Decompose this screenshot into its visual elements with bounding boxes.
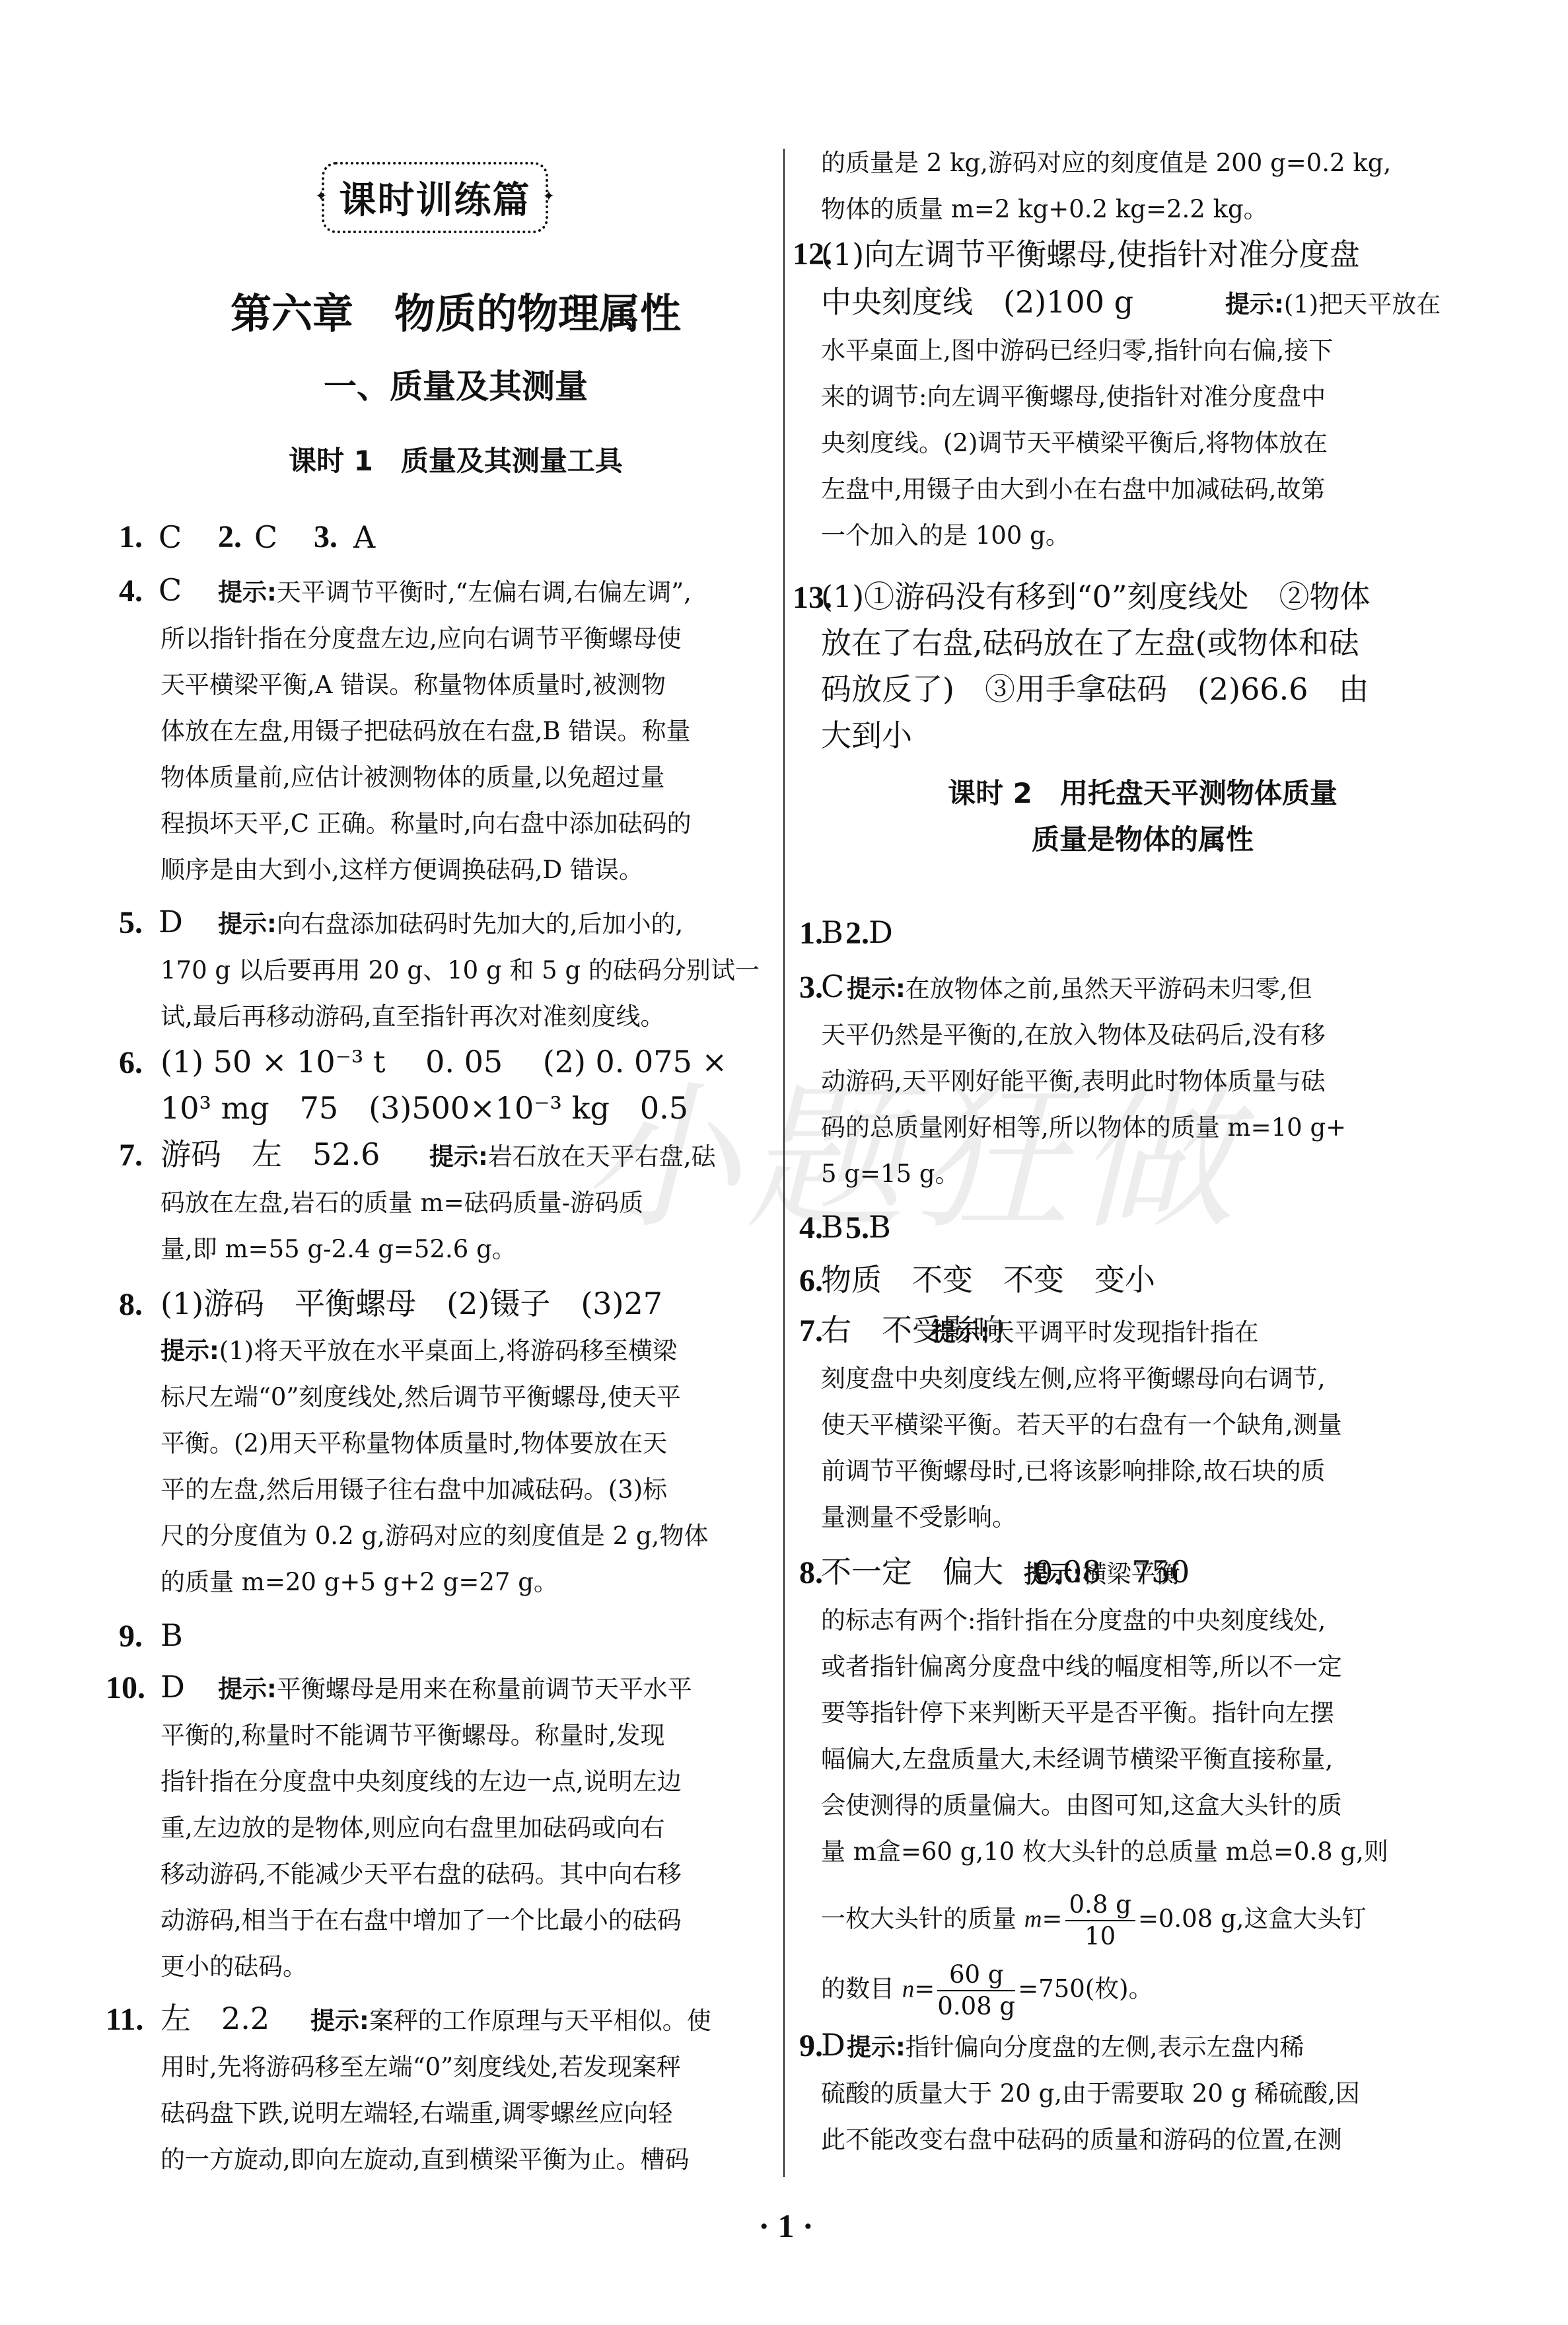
hint-text: 刻度盘中央刻度线左侧,应将平衡螺母向右调节,	[821, 1362, 1326, 1395]
answer: C	[821, 970, 844, 1003]
hint-text: 平的左盘,然后用镊子往右盘中加减砝码。(3)标	[160, 1473, 667, 1506]
hint-text: 码放在左盘,岩石的质量 m=砝码质量-游码质	[160, 1187, 643, 1220]
question-number: 5.	[845, 1212, 869, 1245]
hint-text: 提示:案秤的工作原理与天平相似。使	[310, 2005, 711, 2038]
answer: C	[254, 521, 277, 554]
answer: B	[821, 1210, 843, 1243]
question-number: 6.	[119, 1047, 143, 1080]
hint-text: 170 g 以后要再用 20 g、10 g 和 5 g 的砝码分别试一	[160, 954, 760, 987]
hint-text: 标尺左端“0”刻度线处,然后调节平衡螺母,使天平	[160, 1381, 681, 1414]
hint-text: 物体质量前,应估计被测物体的质量,以免超过量	[160, 761, 665, 794]
hint-text: 使天平横梁平衡。若天平的右盘有一个缺角,测量	[821, 1409, 1342, 1442]
question-number: 3.	[314, 521, 338, 554]
answer: D	[869, 916, 893, 949]
lesson-title-2: 课时 2 用托盘天平测物体质量	[786, 772, 1499, 811]
hint-text: 提示:(1)把天平放在	[1225, 288, 1441, 321]
continuation-text: 的质量是 2 kg,游码对应的刻度值是 200 g=0.2 kg,	[821, 147, 1391, 180]
question-number: 3.	[799, 971, 823, 1004]
question-number: 11.	[106, 2003, 143, 2036]
question-number: 2.	[218, 521, 242, 554]
hint-text: 提示:岩石放在天平右盘,砝	[429, 1140, 716, 1173]
hint-text: 央刻度线。(2)调节天平横梁平衡后,将物体放在	[821, 427, 1328, 460]
hint-text: 程损坏天平,C 正确。称量时,向右盘中添加砝码的	[160, 807, 692, 840]
question-number: 8.	[119, 1288, 143, 1321]
answer: B	[821, 916, 843, 949]
hint-text: 或者指针偏离分度盘中线的幅度相等,所以不一定	[821, 1650, 1342, 1683]
answer: D	[160, 1670, 185, 1703]
hint-text: 平衡。(2)用天平称量物体质量时,物体要放在天	[160, 1427, 667, 1460]
hint-text: 量测量不受影响。	[821, 1501, 1016, 1534]
question-number: 4.	[799, 1212, 823, 1245]
hint-text: 5 g=15 g。	[821, 1158, 960, 1191]
hint-text: 提示:向右盘添加砝码时先加大的,后加小的,	[218, 908, 683, 941]
page-number: · 1 ·	[746, 2207, 826, 2245]
answer: B	[869, 1210, 891, 1243]
hint-text: 砝码盘下跌,说明左端轻,右端重,调零螺丝应向轻	[160, 2097, 672, 2130]
answer: 左 2.2	[160, 2002, 269, 2035]
question-number: 9.	[799, 2030, 823, 2063]
hint-text: 提示:横梁平衡	[1024, 1558, 1180, 1591]
answer: C	[159, 521, 182, 554]
hint-text: 左盘中,用镊子由大到小在右盘中加减砝码,故第	[821, 473, 1326, 506]
answer: 大到小	[821, 719, 912, 752]
section-badge: ✦ ✦ 课时训练篇	[322, 162, 548, 233]
question-number: 7.	[799, 1315, 823, 1348]
answer: 中央刻度线 (2)100 g	[821, 285, 1133, 318]
hint-text: 提示:天平调节平衡时,“左偏右调,右偏左调”,	[218, 576, 692, 609]
question-number: 8.	[799, 1557, 823, 1590]
question-number: 10.	[106, 1672, 145, 1705]
hint-text: 幅偏大,左盘质量大,未经调节横梁平衡直接称量,	[821, 1743, 1333, 1776]
star-icon: ✦	[543, 190, 555, 204]
hint-text: 水平桌面上,图中游码已经归零,指针向右偏,接下	[821, 334, 1333, 367]
answer: (1)向左调节平衡螺母,使指针对准分度盘	[821, 238, 1360, 271]
answer: 码放反了) ③用手拿砝码 (2)66.6 由	[821, 673, 1369, 706]
answer: C	[159, 573, 182, 607]
hint-text: 顺序是由大到小,这样方便调换砝码,D 错误。	[160, 854, 643, 887]
formula-line: 的数目 n=60 g0.08 g=750(枚)。	[821, 1960, 1153, 2022]
answer: (1) 50 × 10⁻³ t 0. 05 (2) 0. 075 ×	[160, 1045, 727, 1078]
hint-text: 移动游码,不能减少天平右盘的砝码。其中向右移	[160, 1858, 682, 1891]
hint-text: 重,左边放的是物体,则应向右盘里加砝码或向右	[160, 1812, 665, 1845]
lesson-title-2-subtitle: 质量是物体的属性	[786, 818, 1499, 858]
hint-text: 的标志有两个:指针指在分度盘的中央刻度线处,	[821, 1604, 1326, 1637]
question-number: 1.	[799, 917, 823, 950]
continuation-text: 物体的质量 m=2 kg+0.2 kg=2.2 kg。	[821, 193, 1268, 226]
hint-text: 所以指针指在分度盘左边,应向右调节平衡螺母使	[160, 622, 682, 655]
hint-text: 码的总质量刚好相等,所以物体的质量 m=10 g+	[821, 1111, 1346, 1144]
hint-text: 平衡的,称量时不能调节平衡螺母。称量时,发现	[160, 1719, 665, 1752]
fraction: 60 g0.08 g	[937, 1960, 1015, 2022]
hint-text: 此不能改变右盘中砝码的质量和游码的位置,在测	[821, 2123, 1342, 2157]
fraction: 0.8 g10	[1065, 1890, 1135, 1952]
hint-text: 更小的砝码。	[160, 1950, 307, 1983]
hint-text: 天平仍然是平衡的,在放入物体及砝码后,没有移	[821, 1019, 1326, 1052]
answer: (1)①游码没有移到“0”刻度线处 ②物体	[821, 580, 1370, 613]
answer: B	[160, 1619, 183, 1652]
answer: A	[353, 521, 375, 554]
answer: 放在了右盘,砝码放在了左盘(或物体和砝	[821, 626, 1359, 659]
question-number: 7.	[119, 1139, 143, 1172]
answer: D	[821, 2028, 845, 2061]
hint-text: 试,最后再移动游码,直至指针再次对准刻度线。	[160, 1000, 665, 1033]
section-title: 一、质量及其测量	[132, 360, 779, 408]
column-divider	[783, 149, 785, 2177]
hint-text: 量 m盒=60 g,10 枚大头针的总质量 m总=0.8 g,则	[821, 1835, 1388, 1868]
hint-text: 体放在左盘,用镊子把砝码放在右盘,B 错误。称量	[160, 715, 690, 748]
hint-text: 要等指针停下来判断天平是否平衡。指针向左摆	[821, 1697, 1334, 1730]
hint-text: 量,即 m=55 g-2.4 g=52.6 g。	[160, 1233, 517, 1266]
question-number: 9.	[119, 1620, 143, 1653]
question-number: 4.	[119, 575, 143, 608]
answer: (1)游码 平衡螺母 (2)镊子 (3)27	[160, 1287, 662, 1320]
answer: 10³ mg 75 (3)500×10⁻³ kg 0.5	[160, 1091, 688, 1125]
hint-text: 天平横梁平衡,A 错误。称量物体质量时,被测物	[160, 669, 666, 702]
hint-text: 提示:天平调平时发现指针指在	[931, 1316, 1259, 1349]
question-number: 5.	[119, 906, 143, 940]
hint-text: 动游码,相当于在右盘中增加了一个比最小的砝码	[160, 1904, 682, 1937]
hint-text: 尺的分度值为 0.2 g,游码对应的刻度值是 2 g,物体	[160, 1520, 708, 1553]
hint-text: 提示:在放物体之前,虽然天平游码未归零,但	[847, 973, 1312, 1006]
answer: 物质 不变 不变 变小	[821, 1263, 1155, 1296]
formula-line: 一枚大头针的质量 m=0.8 g10=0.08 g,这盒大头钉	[821, 1890, 1366, 1952]
hint-text: 硫酸的质量大于 20 g,由于需要取 20 g 稀硫酸,因	[821, 2077, 1360, 2110]
question-number: 2.	[845, 917, 869, 950]
question-number: 6.	[799, 1265, 823, 1298]
hint-text: 来的调节:向左调平衡螺母,使指针对准分度盘中	[821, 381, 1326, 414]
section-badge-label: 课时训练篇	[339, 171, 531, 224]
hint-text: 会使测得的质量偏大。由图可知,这盒大头针的质	[821, 1789, 1342, 1822]
hint-text: 的质量 m=20 g+5 g+2 g=27 g。	[160, 1566, 558, 1599]
hint-text: 前调节平衡螺母时,已将该影响排除,故石块的质	[821, 1455, 1326, 1488]
hint-text: 指针指在分度盘中央刻度线的左边一点,说明左边	[160, 1765, 682, 1798]
hint-text: 的一方旋动,即向左旋动,直到横梁平衡为止。槽码	[160, 2143, 690, 2176]
lesson-title-1: 课时 1 质量及其测量工具	[132, 439, 779, 479]
answer: D	[159, 905, 183, 938]
hint-text: 提示:(1)将天平放在水平桌面上,将游码移至横梁	[160, 1335, 677, 1368]
chapter-title: 第六章 物质的物理属性	[132, 281, 779, 340]
question-number: 1.	[119, 521, 143, 554]
hint-text: 一个加入的是 100 g。	[821, 519, 1070, 552]
star-icon: ✦	[315, 190, 327, 204]
answer: 游码 左 52.6	[160, 1138, 380, 1171]
hint-text: 用时,先将游码移至左端“0”刻度线处,若发现案秤	[160, 2051, 681, 2084]
hint-text: 提示:指针偏向分度盘的左侧,表示左盘内稀	[847, 2031, 1304, 2064]
hint-text: 动游码,天平刚好能平衡,表明此时物体质量与砝	[821, 1065, 1326, 1098]
hint-text: 提示:平衡螺母是用来在称量前调节天平水平	[218, 1673, 692, 1706]
